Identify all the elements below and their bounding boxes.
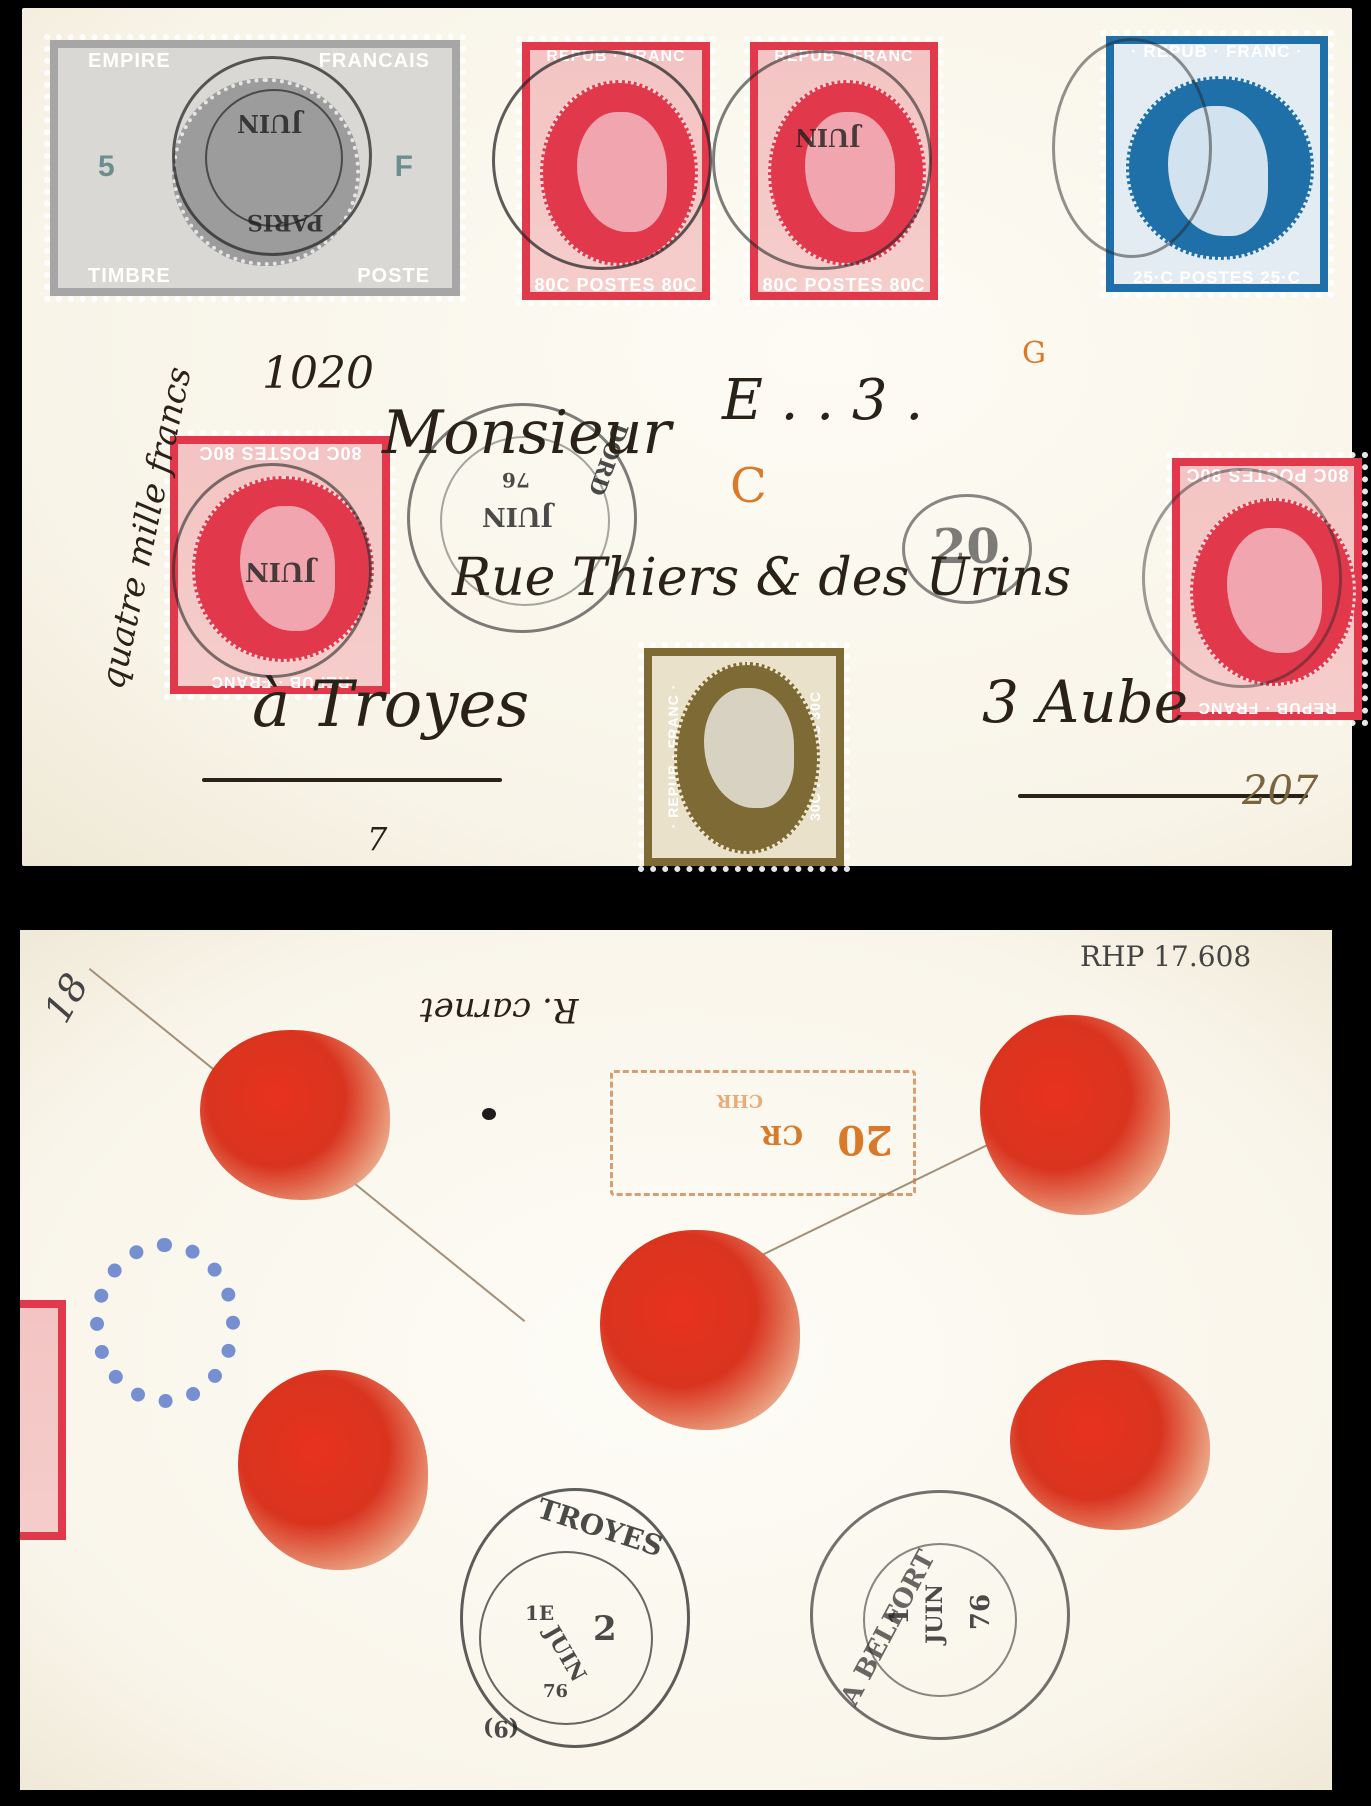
small-orange-mark: G bbox=[1022, 336, 1046, 371]
stamp-text-bottom-right: POSTE bbox=[357, 265, 430, 288]
envelope-back: RHP 17.608 18 R. carnet 20 CR CHR TROYES… bbox=[20, 930, 1332, 1790]
mark-7: 7 bbox=[367, 820, 387, 858]
stamp-30c-olive: · REPUB · FRANC · 30C POSTES 30C bbox=[644, 648, 844, 866]
street-address: Rue Thiers & des Urins bbox=[452, 548, 1071, 608]
wax-seal-bottom-left bbox=[238, 1370, 428, 1570]
stamp-value-right: F bbox=[395, 150, 414, 184]
registration-box: 20 CR CHR bbox=[610, 1070, 916, 1196]
stamp-partial-left bbox=[20, 1300, 66, 1540]
number-1020: 1020 bbox=[262, 348, 374, 399]
dealer-annotation: RHP 17.608 bbox=[1080, 940, 1251, 973]
paris-postmark-pair-2: JUIN bbox=[712, 50, 932, 270]
wax-seal-center bbox=[600, 1230, 800, 1430]
belfort-postmark: A BELFORT 1 JUIN 76 bbox=[810, 1490, 1070, 1740]
paris-postmark: JUIN PARIS bbox=[172, 56, 372, 256]
recipient-initials: E . . 3 . bbox=[722, 368, 923, 433]
wax-seal-bottom-right bbox=[1010, 1360, 1210, 1530]
wax-seal-top-left bbox=[200, 1030, 390, 1200]
postmark-left-80c: JUIN bbox=[172, 463, 372, 678]
stamp-text-top-right: FRANCAIS bbox=[319, 50, 430, 73]
stamp-value-left: 5 bbox=[98, 150, 116, 184]
city: à Troyes bbox=[252, 668, 529, 742]
blue-seal-mark bbox=[90, 1238, 240, 1408]
note-207: 207 bbox=[1242, 768, 1318, 814]
salutation: Monsieur bbox=[382, 398, 671, 468]
charge-mark-c: C bbox=[730, 458, 767, 514]
back-note: R. carnet bbox=[420, 990, 578, 1030]
postmark-25c bbox=[1052, 38, 1212, 258]
wax-seal-top-right bbox=[980, 1015, 1170, 1215]
troyes-postmark: TROYES 1E 2 JUIN 76 (9) bbox=[460, 1488, 690, 1748]
back-number-18: 18 bbox=[35, 966, 97, 1030]
postmark-right-80c bbox=[1142, 468, 1342, 688]
paris-postmark-pair bbox=[492, 50, 712, 270]
ink-dot bbox=[482, 1108, 496, 1120]
department: 3 Aube bbox=[982, 668, 1188, 736]
underline-city bbox=[202, 778, 502, 782]
envelope-front: EMPIRE FRANCAIS TIMBRE POSTE 5 F JUIN PA… bbox=[22, 8, 1352, 866]
